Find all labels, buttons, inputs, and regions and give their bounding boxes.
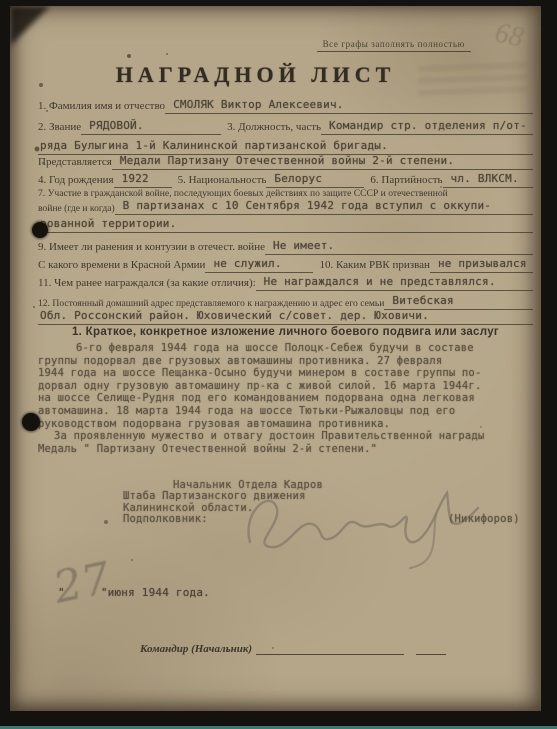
presented-label: Представляется [38,156,112,170]
army-service-label: С какого времени в Красной Армии [38,259,205,273]
field-row-army-service: С какого времени в Красной Армии не служ… [38,257,533,273]
feat-line: руководством подорвана грузовая автомаши… [38,418,533,431]
birth-year-label: 4. Год рождения [38,174,114,188]
scanned-document: Все графы заполнять полностью 68 НАГРАДН… [0,0,557,729]
position-label: 3. Должность, часть [227,121,321,135]
field-row-previous-awards: 11. Чем ранее награждался (за какие отли… [38,275,533,291]
commander-signature-blank-short [416,654,446,655]
paper-specks [10,6,12,8]
punch-hole [32,222,48,238]
war-participation-value-continued: рованной территории. [38,217,533,233]
field-row-birth-nationality-party: 4. Год рождения 1922 5. Национальность Б… [38,172,533,188]
army-service-value: не служил. [205,257,313,273]
feat-line: 6-го февраля 1944 года на шоссе Полоцк-С… [38,342,533,355]
feat-line: За проявленную мужество и отвагу достоин… [38,430,533,443]
field-row-wounds: 9. Имеет ли ранения и контузии в отечест… [38,239,533,255]
previous-awards-label: 11. Чем ранее награждался (за какие отли… [38,277,256,291]
feat-line: на шоссе Селище-Рудня под его командован… [38,392,533,405]
party-label: 6. Партийность [370,174,442,188]
nationality-label: 5. Национальность [178,174,267,188]
field-row-war-participation: войне (где и когда) В партизанах с 10 Се… [38,199,533,215]
name-label: 1. Фамилия имя и отчество [38,100,165,114]
date-quote-open: " [58,586,65,599]
date-quote-close: " [101,586,108,599]
field-row-rank-position: 2. Звание РЯДОВОЙ. 3. Должность, часть К… [38,119,533,135]
wounds-value: Не имеет. [265,239,533,255]
commander-signature-blank [256,654,404,655]
wounds-label: 9. Имеет ли ранения и контузии в отечест… [38,241,265,255]
field-row-name: 1. Фамилия имя и отчество СМОЛЯК Виктор … [38,98,533,114]
feat-section-heading: 1. Краткое, конкретное изложение личного… [38,326,533,338]
feat-line: группы подорвал две грузовых автомашины … [38,355,533,368]
feat-line: дорвал одну грузовую автомашину пр-ка с … [38,380,533,393]
field-row-presented: Представляется Медали Партизану Отечеств… [38,154,533,170]
home-address-value: Витебская [384,294,533,310]
war-participation-label-line2: войне (где и когда) [38,203,115,215]
corner-fold [10,6,50,46]
feat-description: 6-го февраля 1944 года на шоссе Полоцк-С… [38,342,533,455]
punch-hole [22,413,40,431]
home-address-label: 12. Постоянный домашний адрес представля… [38,298,384,310]
home-address-value-continued: Обл. Россонский район. Юховический с/сов… [38,309,533,325]
field-row-home-address-cont: Обл. Россонский район. Юховический с/сов… [38,309,533,325]
field-row-position-cont: ряда Булыгина 1-й Калининской партизанск… [38,139,533,155]
war-participation-value: В партизанах с 10 Сентября 1942 года вст… [115,199,533,215]
feat-line: Медаль " Партизану Отечественной войны 2… [38,443,533,456]
position-value-continued: ряда Булыгина 1-й Калининской партизанск… [38,139,533,155]
presented-value: Медали Партизану Отечественной войны 2-й… [112,154,533,170]
commander-label: Командир (Начальник) [140,643,252,655]
stamp-remnant [418,58,528,100]
date-text: июня 1944 года. [108,586,210,599]
rank-value: РЯДОВОЙ. [81,119,221,135]
handwritten-signature [238,484,496,572]
name-value: СМОЛЯК Виктор Алексеевич. [165,98,533,114]
signer-name: (Никифоров) [448,513,520,525]
previous-awards-value: Не награждался и не представлялся. [256,275,533,291]
rvk-value: не призывался [430,257,533,273]
feat-line: автомашина. 18 марта 1944 года на шоссе … [38,405,533,418]
rank-label: 2. Звание [38,121,81,135]
paper-sheet: Все графы заполнять полностью 68 НАГРАДН… [10,6,541,711]
date-line: " " июня 1944 года. [58,586,210,599]
handwritten-date-day: 27 [49,553,114,615]
fill-instruction-note: Все графы заполнять полностью [317,39,471,52]
birth-year-value: 1922 [114,172,172,188]
position-value: Командир стр. отделения п/от- [321,119,533,135]
field-row-home-address: 12. Постоянный домашний адрес представля… [38,294,533,310]
field-row-war-participation-cont: рованной территории. [38,217,533,233]
party-value: чл. ВЛКСМ. [443,172,533,188]
feat-line: 1944 года на шоссе Пещанка-Осыно будучи … [38,367,533,380]
handwritten-page-number: 68 [492,17,526,54]
rvk-label: 10. Каким РВК призван [319,259,430,273]
commander-signature-line: Командир (Начальник) [140,643,446,655]
nationality-value: Белорус [266,172,364,188]
